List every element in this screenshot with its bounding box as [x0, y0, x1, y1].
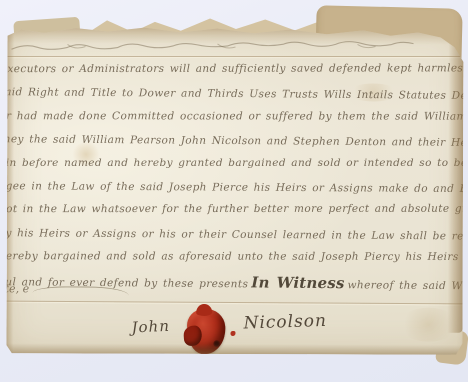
wax-speck — [230, 331, 235, 336]
closing-flourish: te, e — [6, 282, 129, 295]
in-witness-phrase: In Witness — [251, 273, 344, 292]
manuscript-body-text: Executors or Administrators will and suf… — [6, 58, 463, 296]
manuscript-line: hereby bargained and sold as aforesaid u… — [6, 245, 463, 269]
manuscript-line: Executors or Administrators will and suf… — [6, 57, 463, 81]
flourish-stroke — [33, 286, 129, 295]
fold-crease-bottom — [7, 301, 464, 305]
signature-given-name: John — [131, 317, 170, 337]
witness-line-after: whereof the said William Pearson Joh — [347, 279, 463, 293]
paper-edge-right — [448, 32, 464, 333]
signature-surname: Nicolson — [243, 311, 327, 334]
paper-edge-left — [6, 24, 14, 353]
photo-background: Executors or Administrators will and suf… — [0, 0, 468, 382]
manuscript-line: ain before named and hereby granted barg… — [6, 152, 463, 175]
paper-edge-bottom — [6, 343, 462, 355]
document-page: Executors or Administrators will and suf… — [6, 24, 463, 355]
clipped-text-remnants-icon — [7, 39, 463, 57]
manuscript-line: not in the Law whatsoever for the furthe… — [6, 198, 463, 222]
manuscript-line: or had made done Committed occasioned or… — [6, 105, 463, 129]
